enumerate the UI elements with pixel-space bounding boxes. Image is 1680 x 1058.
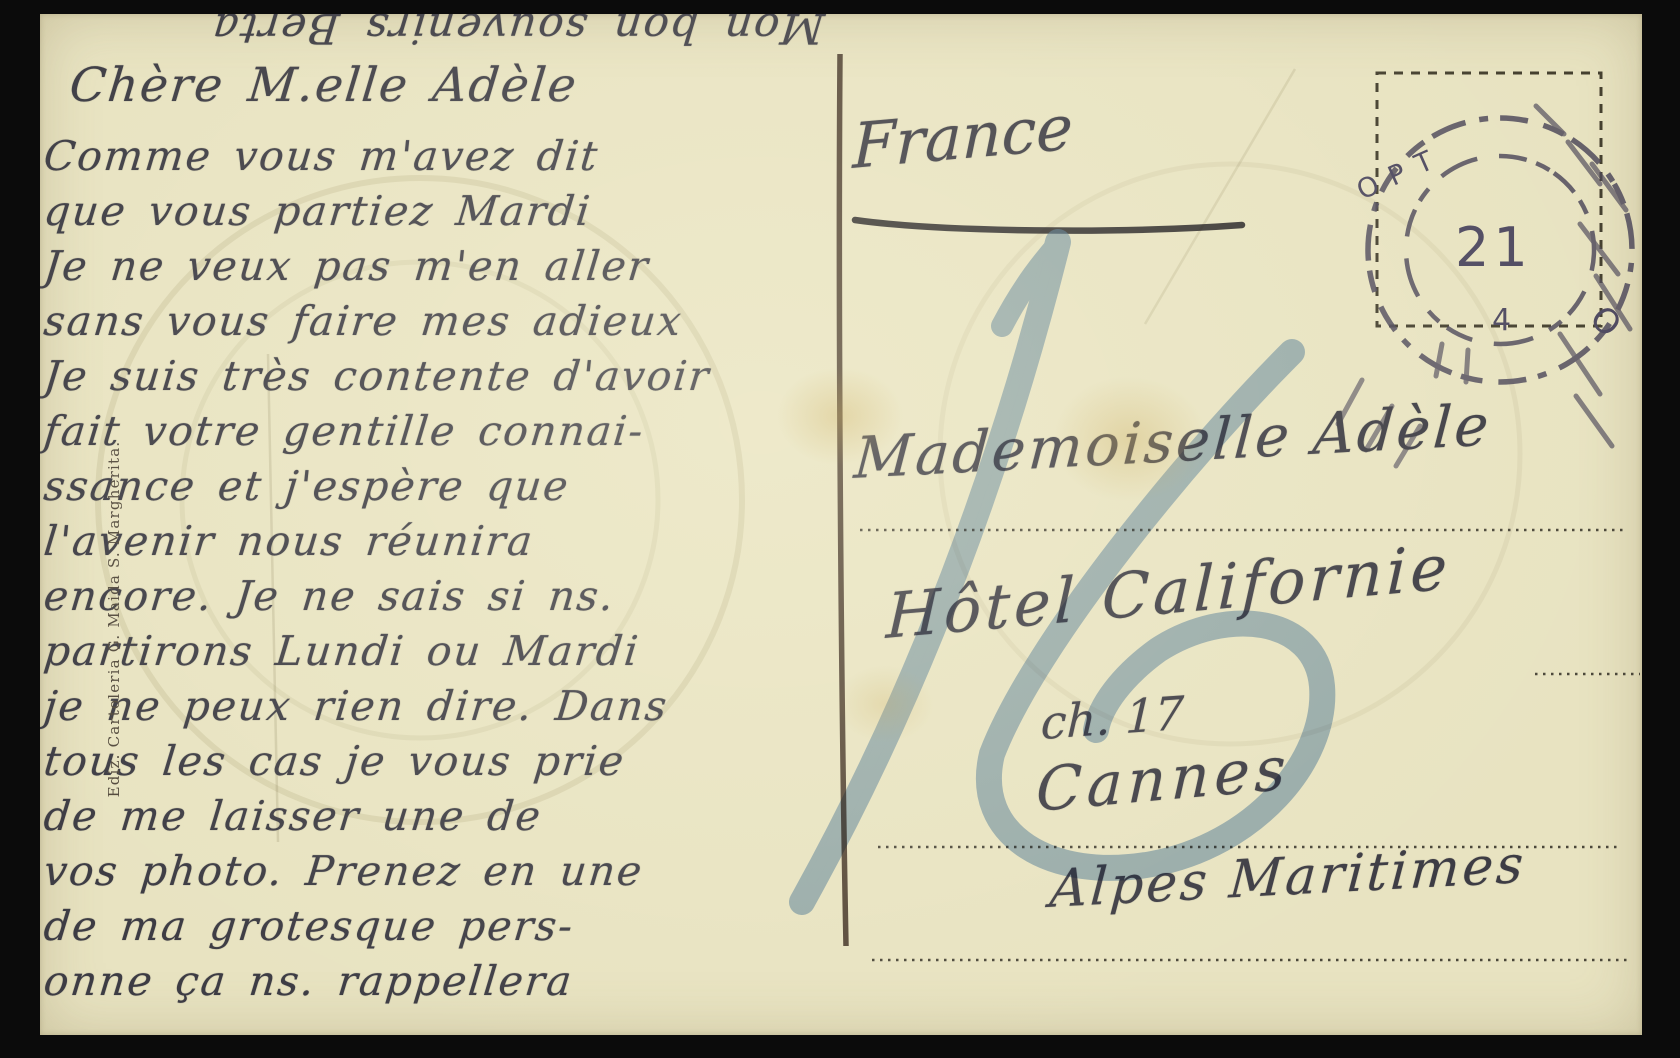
message-line: Chère M.elle Adèle — [41, 58, 859, 113]
inverted-note: Mon bon souvenirs Berta — [40, 14, 827, 53]
postmark-town-letters: OPT — [1352, 140, 1450, 206]
message-line: l'avenir nous réunira — [41, 514, 859, 569]
paper-crease-diagonal — [1145, 69, 1295, 324]
department-line: Alpes Maritimes — [1048, 835, 1528, 920]
addressee-line: Mademoiselle Adèle — [852, 392, 1494, 492]
message-line: tous les cas je vous prie — [41, 734, 859, 789]
message-block: Chère M.elle Adèle Comme vous m'avez dit… — [44, 58, 856, 1009]
postmark-lower-marks — [1436, 344, 1468, 382]
postmark-month: 4 — [1492, 303, 1511, 338]
postmark-inner-circle — [1369, 119, 1631, 381]
stamp-box — [1377, 73, 1601, 326]
message-line: partirons Lundi ou Mardi — [41, 624, 859, 679]
postmark-day: 21 — [1455, 216, 1532, 279]
room-line: ch. 17 — [1040, 686, 1185, 750]
message-line: de me laisser une de — [41, 789, 859, 844]
message-line: Je suis très contente d'avoir — [41, 349, 859, 404]
message-line: que vous partiez Mardi — [41, 184, 859, 239]
publisher-imprint: Ediz. Cartoleria G. Maida S. Margherita. — [105, 393, 123, 845]
message-line: Comme vous m'avez dit — [41, 129, 859, 184]
postcard: OPT 21 4 O Mon bon souvenirs Berta Chère… — [40, 14, 1642, 1035]
message-line: fait votre gentille connai- — [41, 404, 859, 459]
message-line: de ma grotesque pers- — [41, 899, 859, 954]
hotel-line: Hôtel Californie — [885, 530, 1452, 653]
france-underline — [855, 220, 1242, 231]
postmark-hatch-right — [1536, 106, 1630, 446]
postmark-outer-circle — [1320, 70, 1642, 431]
message-line: encore. Je ne sais si ns. — [41, 569, 859, 624]
message-line: je ne peux rien dire. Dans — [41, 679, 859, 734]
message-line: vos photo. Prenez en une — [41, 844, 859, 899]
message-line: Je ne veux pas m'en aller — [41, 239, 859, 294]
scanned-postcard-photo: OPT 21 4 O Mon bon souvenirs Berta Chère… — [0, 0, 1680, 1058]
postmark-partial-letter: O — [1582, 298, 1629, 345]
message-line: onne ça ns. rappellera — [41, 954, 859, 1009]
country-line: France — [852, 90, 1073, 183]
message-line: sans vous faire mes adieux — [41, 294, 859, 349]
message-line: ssance et j'espère que — [41, 459, 859, 514]
